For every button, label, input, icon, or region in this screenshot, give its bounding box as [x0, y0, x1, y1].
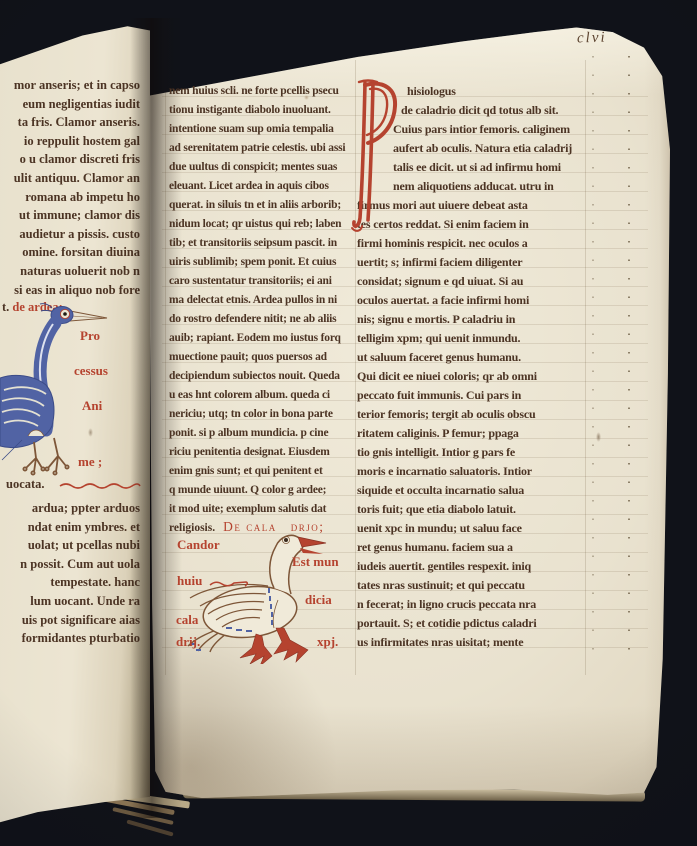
- manuscript-line: ma delectat etnis. Ardea pullos in ni: [169, 291, 355, 310]
- manuscript-line: si eas in aliquo nob fore: [14, 283, 140, 298]
- manuscript-line: terior femoris; tergit ab oculis obscu: [357, 405, 589, 424]
- manuscript-line: ret genus humanu. faciem sua a: [357, 538, 589, 557]
- manuscript-line: io reppulit hostem gal: [24, 134, 140, 149]
- initial-p: [349, 78, 401, 236]
- rubric-end-text: religiosis.: [169, 522, 215, 534]
- pricking-dots: [628, 56, 630, 656]
- rubric-drio: drjo;: [291, 519, 325, 534]
- manuscript-line: q munde uiuunt. Q color g ardee;: [169, 481, 355, 500]
- manuscript-line: uis pot significare aias: [22, 613, 140, 628]
- heron-eye: [63, 312, 67, 316]
- manuscript-line: oculos auertat. a facie infirmi homi: [357, 291, 589, 310]
- manuscript-line: ta fris. Clamor anseris.: [18, 115, 140, 130]
- pricking-dots: [592, 56, 594, 656]
- manuscript-line: u eas hnt colorem album. queda ci: [169, 386, 355, 405]
- manuscript-line: firmi hominis respicit. nec oculos a: [357, 234, 589, 253]
- caption-drii: drij.: [176, 634, 200, 650]
- manuscript-line: decipiendum subiectos nouit. Queda: [169, 367, 355, 386]
- manuscript-line: ndat enim ymbres. et: [28, 520, 140, 535]
- manuscript-line: n possit. Cum aut uola: [20, 557, 140, 572]
- rubric-de-cala: De cala: [223, 519, 277, 534]
- heron-caption-cessus: cessus: [74, 363, 108, 379]
- manuscript-line: ut immune; clamor dis: [19, 208, 140, 223]
- manuscript-line: uertit; s; infirmi faciem diligenter: [357, 253, 589, 272]
- manuscript-line: telligim xpm; qui uenit inmundu.: [357, 329, 589, 348]
- manuscript-line: nis; signu e mortis. P caladriu in: [357, 310, 589, 329]
- caption-huius: huiu: [177, 573, 202, 589]
- manuscript-line: tio gnis intelligit. Intior g pars fe: [357, 443, 589, 462]
- manuscript-line: ulit antiquu. Clamor an: [14, 171, 140, 186]
- manuscript-line: intentione suam sup omia tempalia: [169, 120, 355, 139]
- manuscript-line: romana ab impetu ho: [25, 190, 140, 205]
- heron-caption-me: me ;: [78, 454, 102, 470]
- caption-dicia: dicia: [305, 592, 332, 608]
- heron-body: [0, 375, 54, 447]
- manuscript-line: nem huius scli. ne forte pcellis psecu: [169, 82, 355, 101]
- manuscript-line: ardua; ppter arduos: [32, 501, 140, 516]
- manuscript-line: considat; signum e qd uiuat. Si au: [357, 272, 589, 291]
- manuscript-line: formidantes pturbatio: [22, 631, 140, 646]
- manuscript-line: uolat; ut pcellas nubi: [28, 538, 140, 553]
- manuscript-line: o u clamor discreti fris: [20, 152, 140, 167]
- manuscript-line: uiris sublimib; spem ponit. Et cuius: [169, 253, 355, 272]
- manuscript-line: querat. in siluis tn et in aliis arborib…: [169, 196, 355, 215]
- caption-xpi: xpj.: [317, 634, 338, 650]
- heron-caption-ani: Ani: [82, 398, 102, 414]
- manuscript-line: do rostro defendere nitit; ne ab aliis: [169, 310, 355, 329]
- manuscript-line: siquide et occulta incarnatio salua: [357, 481, 589, 500]
- folio-number: clvi: [577, 29, 607, 47]
- caladrius-eye: [284, 538, 288, 542]
- manuscript-line: eum negligentias iudit: [23, 97, 140, 112]
- ruling-line-vertical: [165, 60, 166, 675]
- manuscript-line: toris fuit; que etia diabolo latuit.: [357, 500, 589, 519]
- manuscript-line: n fecerat; in ligno crucis peccata nra: [357, 595, 589, 614]
- manuscript-line: omine. forsitan diuina: [22, 245, 140, 260]
- manuscript-line: caro sustentatur transitoriis; ei ani: [169, 272, 355, 291]
- manuscript-line: audietur a pissis. custo: [19, 227, 140, 242]
- left-page-fragment: mor anseris; et in capsoeum negligentias…: [0, 0, 150, 846]
- manuscript-line: auib; rapiant. Eodem mo iustus forq: [169, 329, 355, 348]
- manuscript-line: Qui dicit ee niuei coloris; qr ab omni: [357, 367, 589, 386]
- parchment-stain: [596, 432, 601, 442]
- manuscript-line: due uultus di conspicit; mentes suas: [169, 158, 355, 177]
- manuscript-line: ponit. si p album mundicia. p cine: [169, 424, 355, 443]
- manuscript-line: tates nras sustinuit; et qui peccatu: [357, 576, 589, 595]
- manuscript-line: ut saluum faceret genus humanu.: [357, 348, 589, 367]
- manuscript-line: lum uocant. Unde ra: [30, 594, 140, 609]
- manuscript-line: portauit. S; et cotidie pdictus caladri: [357, 614, 589, 633]
- manuscript-line: tib; et transitoriis seipsum pascit. in: [169, 234, 355, 253]
- manuscript-line: peccato fuit immunis. Cui pars in: [357, 386, 589, 405]
- manuscript-line: uenit xpc in mundu; ut saluu face: [357, 519, 589, 538]
- manuscript-line: us infirmitates nras uisitat; mente: [357, 633, 589, 652]
- caption-cala: cala: [176, 612, 198, 628]
- red-squiggle-line: [58, 481, 142, 491]
- manuscript-line: riciu penitentia designat. Eiusdem: [169, 443, 355, 462]
- caladrius-rubric-line: religiosis.De caladrjo;: [169, 518, 325, 536]
- manuscript-line: naturas uoluerit nob n: [20, 264, 140, 279]
- manuscript-line: mor anseris; et in capso: [14, 78, 140, 93]
- manuscript-line: it mod uite; exemplum salutis dat: [169, 500, 355, 519]
- manuscript-line: moris e incarnatio saluatoris. Intior: [357, 462, 589, 481]
- heron-crest: [40, 304, 53, 312]
- caption-candor: Candor: [177, 537, 220, 553]
- manuscript-line: ad serenitatem patrie celestis. ubi assi: [169, 139, 355, 158]
- heron-illustration: [0, 298, 140, 488]
- left-page-text: mor anseris; et in capsoeum negligentias…: [0, 0, 150, 846]
- heron-caption-pro: Pro: [80, 328, 100, 344]
- manuscript-line: enim gnis sunt; et qui penitent et: [169, 462, 355, 481]
- manuscript-line: ritatem caliginis. P femur; ppaga: [357, 424, 589, 443]
- caladrius-beak: [298, 537, 326, 547]
- parchment-stain: [256, 64, 269, 73]
- manuscript-line: nidum locat; qr uistus qui reb; laben: [169, 215, 355, 234]
- manuscript-line: muectione pauit; quos puersos ad: [169, 348, 355, 367]
- manuscript-line: tempestate. hanc: [50, 575, 140, 590]
- left-text-column: nem huius scli. ne forte pcellis psecuti…: [169, 82, 355, 519]
- manuscript-photo: mor anseris; et in capsoeum negligentias…: [0, 0, 697, 846]
- manuscript-line: tionu instigante diabolo inuoluant.: [169, 101, 355, 120]
- manuscript-line: eleuant. Licet ardea in aquis cibos: [169, 177, 355, 196]
- manuscript-line: nericiu; utq; tn color in bona parte: [169, 405, 355, 424]
- caption-est-mun: Est mun: [292, 554, 339, 570]
- caption-huius-flourish: [208, 579, 250, 589]
- manuscript-line: iudeis auertit. gentiles respexit. iniq: [357, 557, 589, 576]
